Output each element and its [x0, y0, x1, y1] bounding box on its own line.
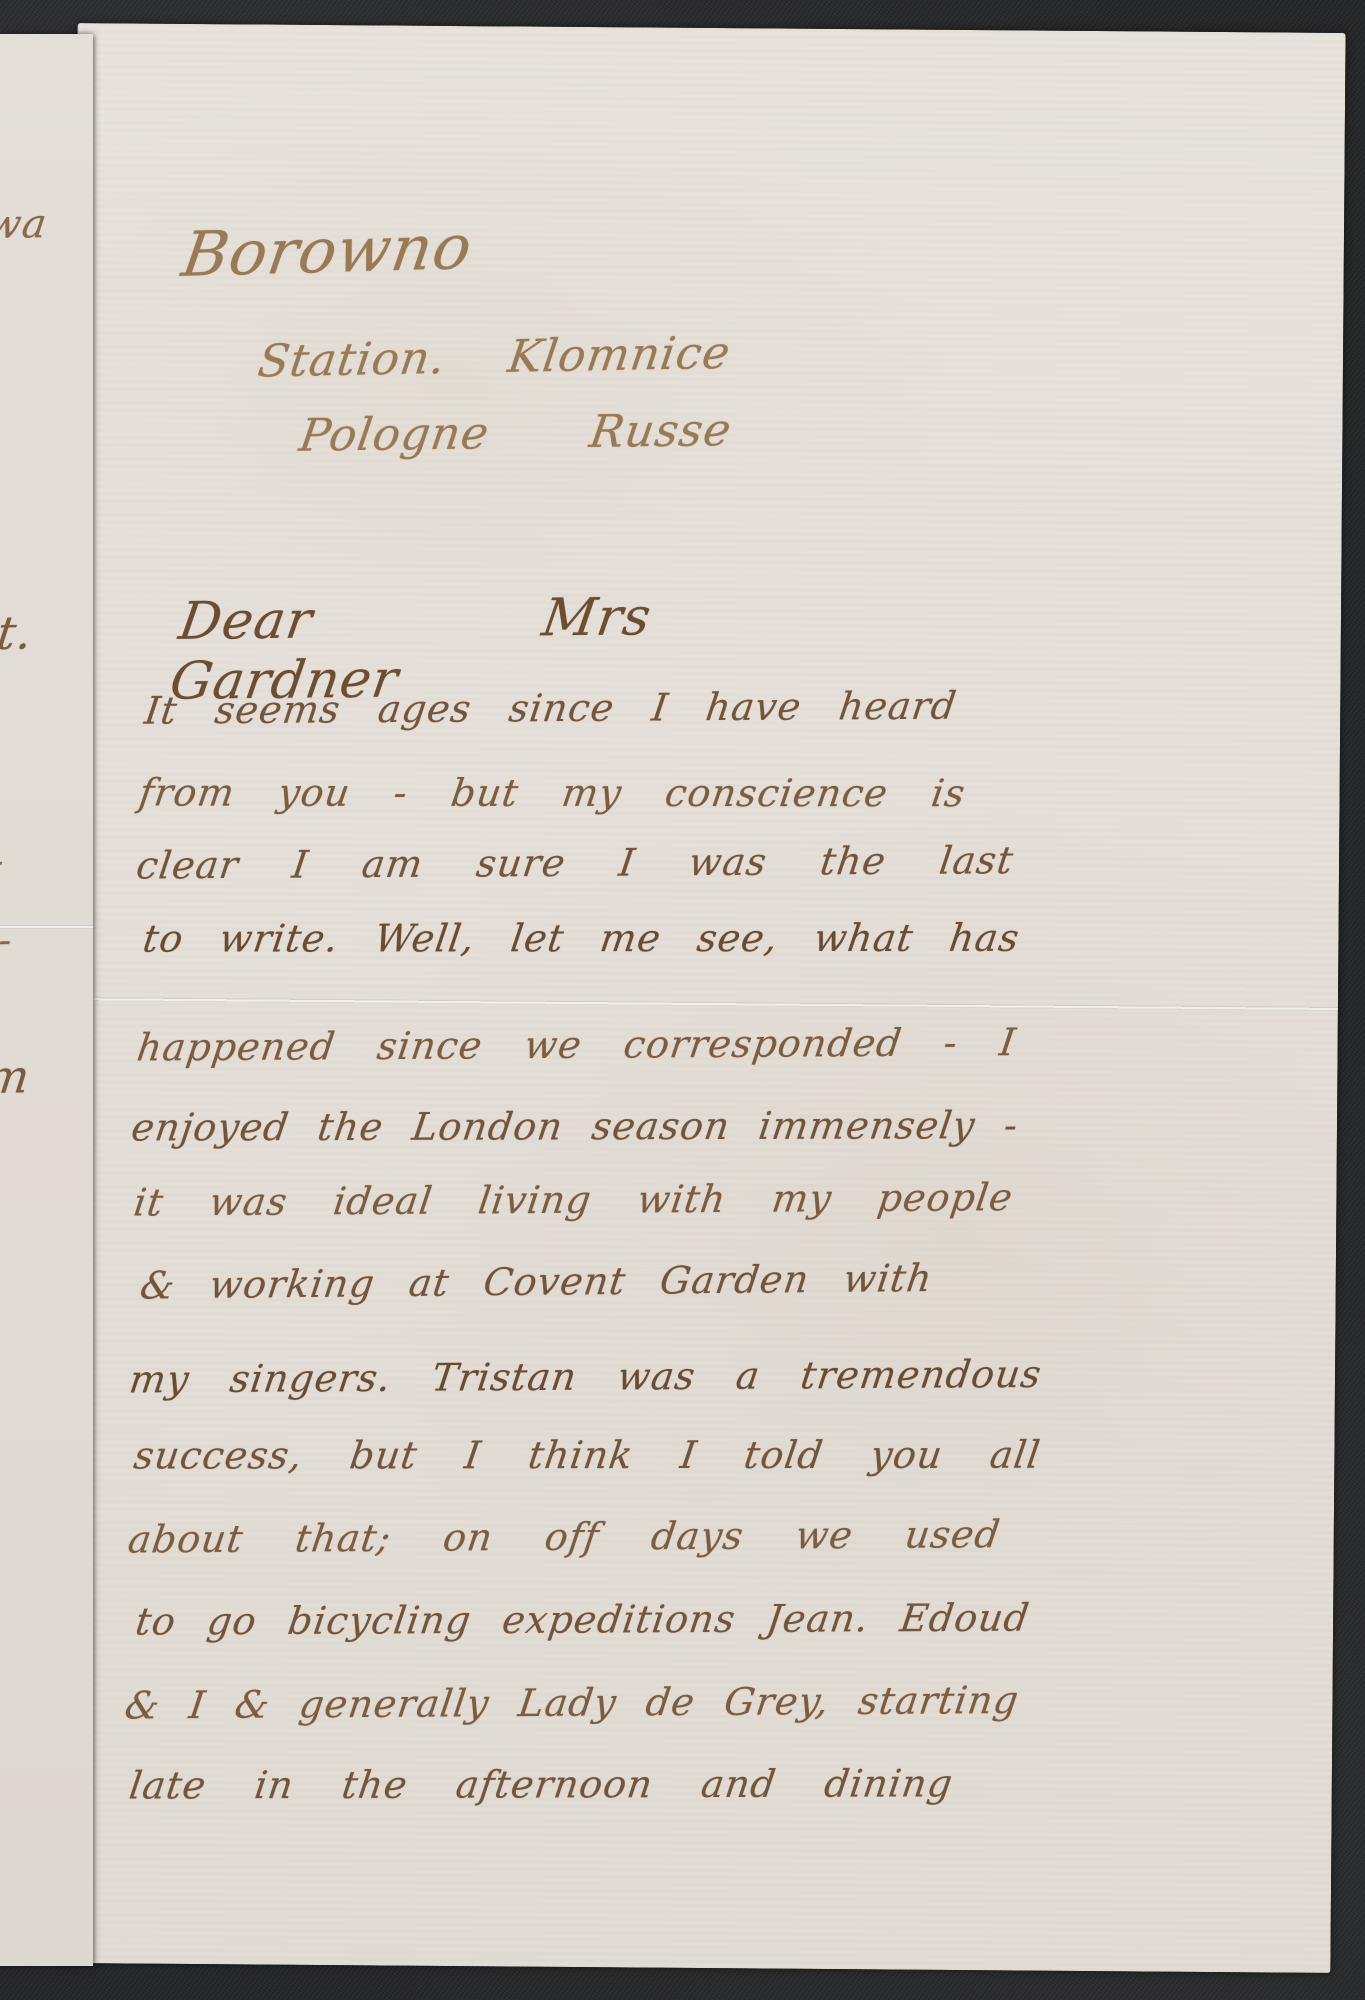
letter-line: & I & generally Lady de Grey, starting: [122, 1678, 1022, 1727]
letter-heading-station: Station. Klomnice: [255, 326, 734, 388]
letter-line: from you - but my conscience is: [136, 771, 968, 816]
fold-crease: [0, 925, 93, 929]
letter-line: my singers. Tristan was a tremendous: [127, 1352, 1045, 1401]
letter-line: late in the afternoon and dining: [127, 1761, 956, 1807]
letter-line: & working at Covent Garden with: [138, 1256, 936, 1308]
photo-background: wa t. — - m Borowno Station. Klomnice Po…: [0, 0, 1365, 2000]
fold-crease: [70, 997, 1338, 1011]
handwriting-fragment: m: [0, 1049, 34, 1104]
letter-line: about that; on off days we used: [126, 1512, 1004, 1561]
letter-line: happened since we corresponded - I: [134, 1020, 1019, 1069]
letter-line: to go bicycling expeditions Jean. Edoud: [133, 1596, 1033, 1644]
letter-heading-place: Borowno: [178, 210, 478, 291]
folded-page-left: wa t. — - m: [0, 34, 93, 1966]
letter-page: Borowno Station. Klomnice Pologne Russe …: [62, 23, 1345, 1973]
letter-line: clear I am sure I was the last: [134, 838, 1017, 887]
letter-heading-country: Pologne Russe: [296, 403, 735, 462]
letter-line: it was ideal living with my people: [131, 1175, 1016, 1224]
letter-line: success, but I think I told you all: [131, 1433, 1043, 1478]
letter-line: to write. Well, let me see, what has: [140, 916, 1022, 961]
letter-line: It seems ages since I have heard: [142, 684, 959, 733]
handwriting-fragment: t.: [0, 606, 36, 660]
handwriting-fragment: wa: [0, 201, 50, 248]
handwriting-fragment: —: [0, 835, 8, 891]
letter-line: enjoyed the London season immensely -: [129, 1103, 1021, 1149]
